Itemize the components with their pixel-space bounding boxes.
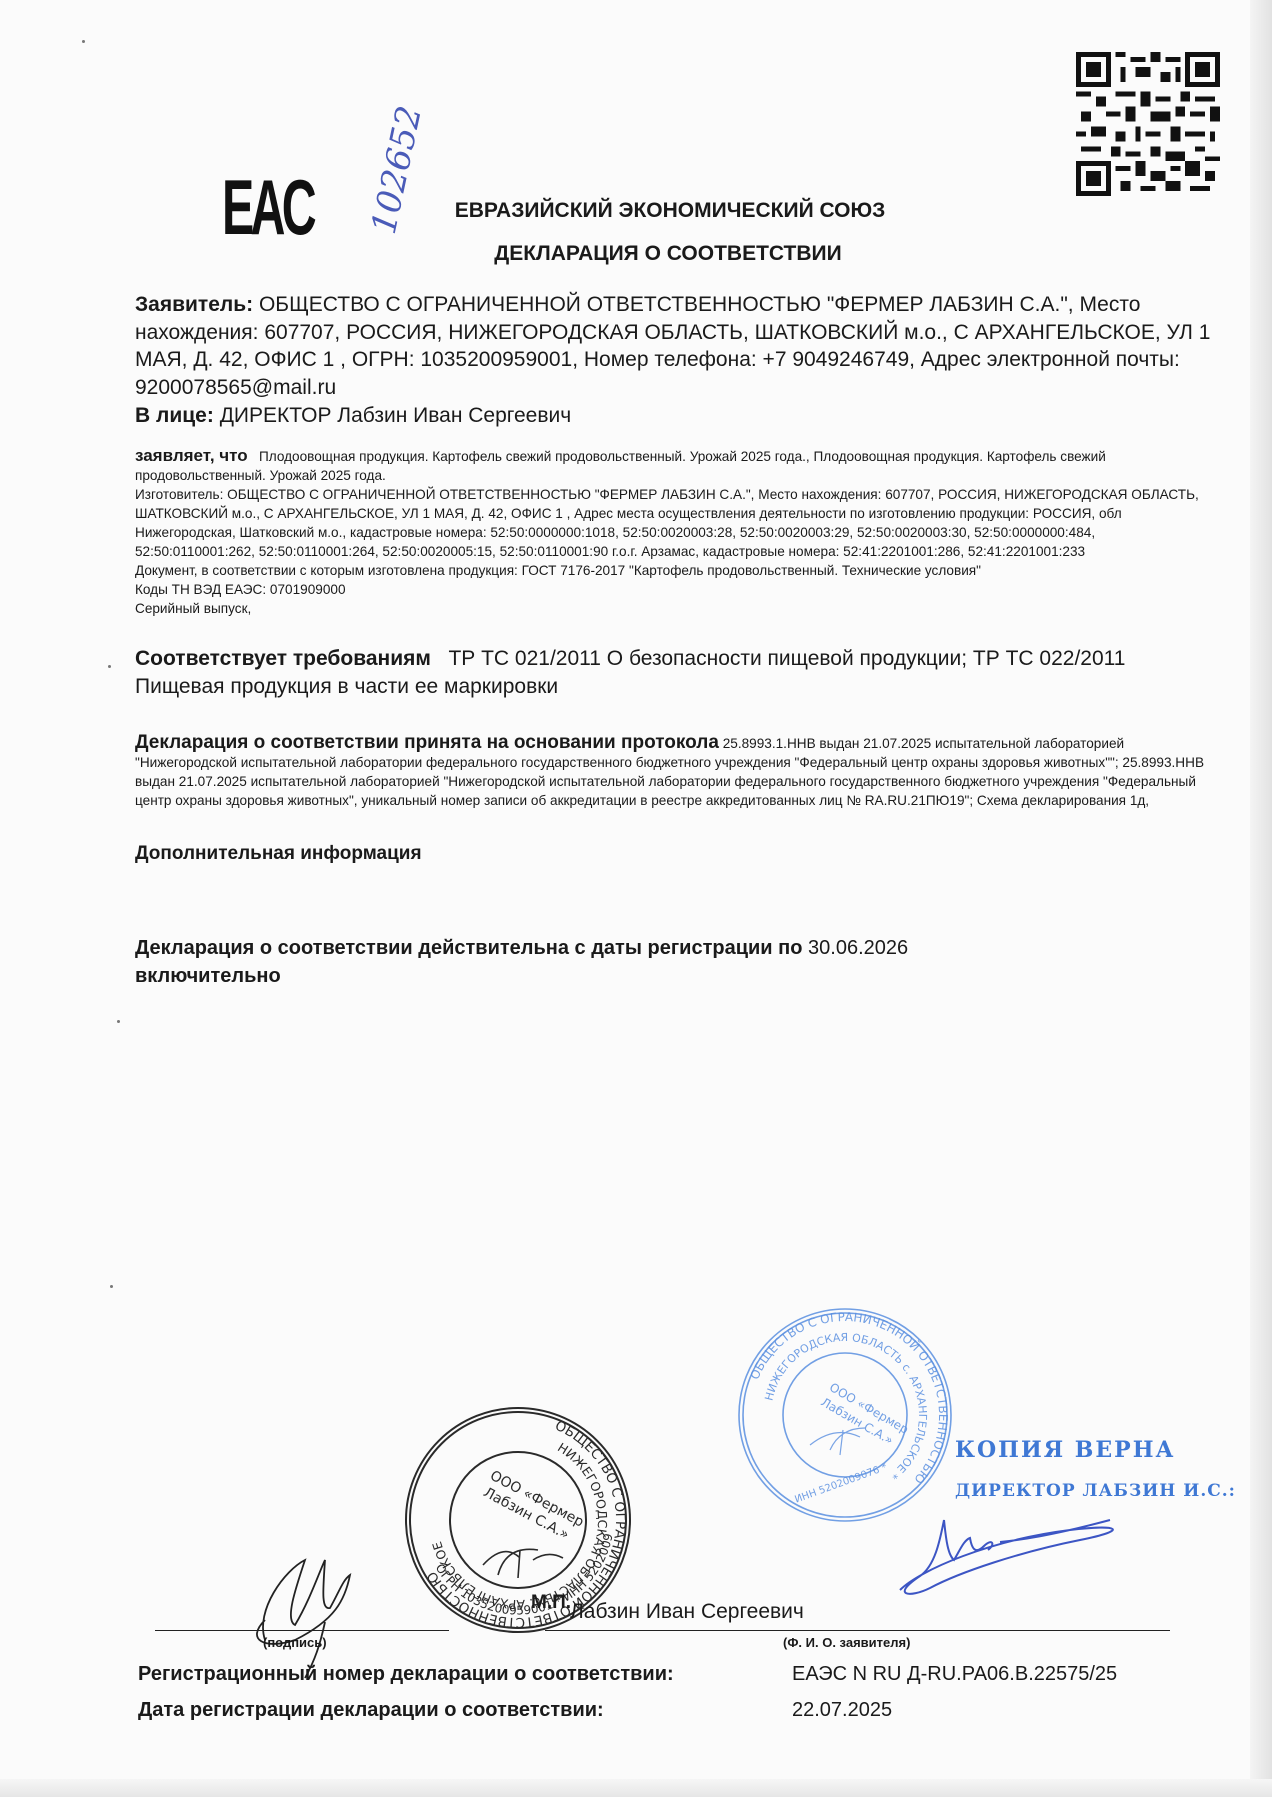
scan-edge-shadow [1250,0,1272,1797]
signature-line-left [155,1630,449,1631]
tn-ved-codes: Коды ТН ВЭД ЕАЭС: 0701909000 [135,580,1210,599]
representative-block: В лице: ДИРЕКТОР Лабзин Иван Сергеевич [135,404,571,428]
registration-number-value: ЕАЭС N RU Д-RU.РА06.В.22575/25 [792,1663,1117,1686]
protocol-label: Декларация о соответствии принята на осн… [135,732,719,753]
union-title: ЕВРАЗИЙСКИЙ ЭКОНОМИЧЕСКИЙ СОЮЗ [120,199,1220,223]
conformity-label: Соответствует требованиям [135,647,431,670]
representative-label: В лице: [135,404,214,427]
validity-date: 30.06.2026 [808,937,908,959]
copy-certified-stamp: КОПИЯ ВЕРНА ДИРЕКТОР ЛАБЗИН И.С.: [955,1437,1236,1501]
registration-date-value: 22.07.2025 [792,1699,892,1722]
additional-info-label: Дополнительная информация [135,843,422,865]
product-description: Плодоовощная продукция. Картофель свежий… [135,449,1106,483]
scan-speck [108,665,111,668]
scan-speck [117,1020,120,1023]
protocol-block: Декларация о соответствии принята на осн… [135,733,1215,810]
signature-caption: (подпись) [263,1635,327,1650]
representative-text: ДИРЕКТОР Лабзин Иван Сергеевич [220,404,571,427]
mp-label: М.П. [531,1592,571,1614]
conformity-block: Соответствует требованиям ТР ТС 021/2011… [135,645,1215,701]
standard-document: Документ, в соответствии с которым изгот… [135,561,1210,580]
scan-speck [110,1285,113,1288]
registration-date-label: Дата регистрации декларации о соответств… [138,1699,604,1722]
applicant-text: ОБЩЕСТВО С ОГРАНИЧЕННОЙ ОТВЕТСТВЕННОСТЬЮ… [135,293,1210,399]
validity-label: Декларация о соответствии действительна … [135,937,802,959]
signature-line-right [545,1630,1170,1631]
signatory-name: Лабзин Иван Сергеевич [570,1600,804,1624]
document-title: ДЕКЛАРАЦИЯ О СООТВЕТСТВИИ [118,242,1218,266]
scan-speck [82,40,85,43]
validity-block: Декларация о соответствии действительна … [135,934,1135,990]
name-caption: (Ф. И. О. заявителя) [783,1635,910,1650]
validity-suffix: включительно [135,965,281,987]
blue-company-stamp: ОБЩЕСТВО С ОГРАНИЧЕННОЙ ОТВЕТСТВЕННОСТЬЮ… [735,1305,955,1525]
applicant-block: Заявитель: ОБЩЕСТВО С ОГРАНИЧЕННОЙ ОТВЕТ… [135,291,1215,401]
release-type: Серийный выпуск, [135,599,1210,618]
svg-text:ИНН 5202009076 *: ИНН 5202009076 * [793,1462,888,1506]
declaration-block: заявляет, что Плодоовощная продукция. Ка… [135,446,1210,618]
copy-director-line: ДИРЕКТОР ЛАБЗИН И.С.: [955,1481,1236,1501]
manufacturer-info: Изготовитель: ОБЩЕСТВО С ОГРАНИЧЕННОЙ ОТ… [135,485,1210,561]
registration-number-label: Регистрационный номер декларации о соотв… [138,1663,674,1686]
black-signature [225,1530,375,1680]
blue-signature [880,1500,1150,1600]
copy-word: КОПИЯ ВЕРНА [955,1437,1236,1463]
declares-label: заявляет, что [135,446,248,465]
scan-bottom-shadow [0,1779,1272,1797]
qr-code-icon [1076,52,1220,196]
applicant-label: Заявитель: [135,293,253,316]
